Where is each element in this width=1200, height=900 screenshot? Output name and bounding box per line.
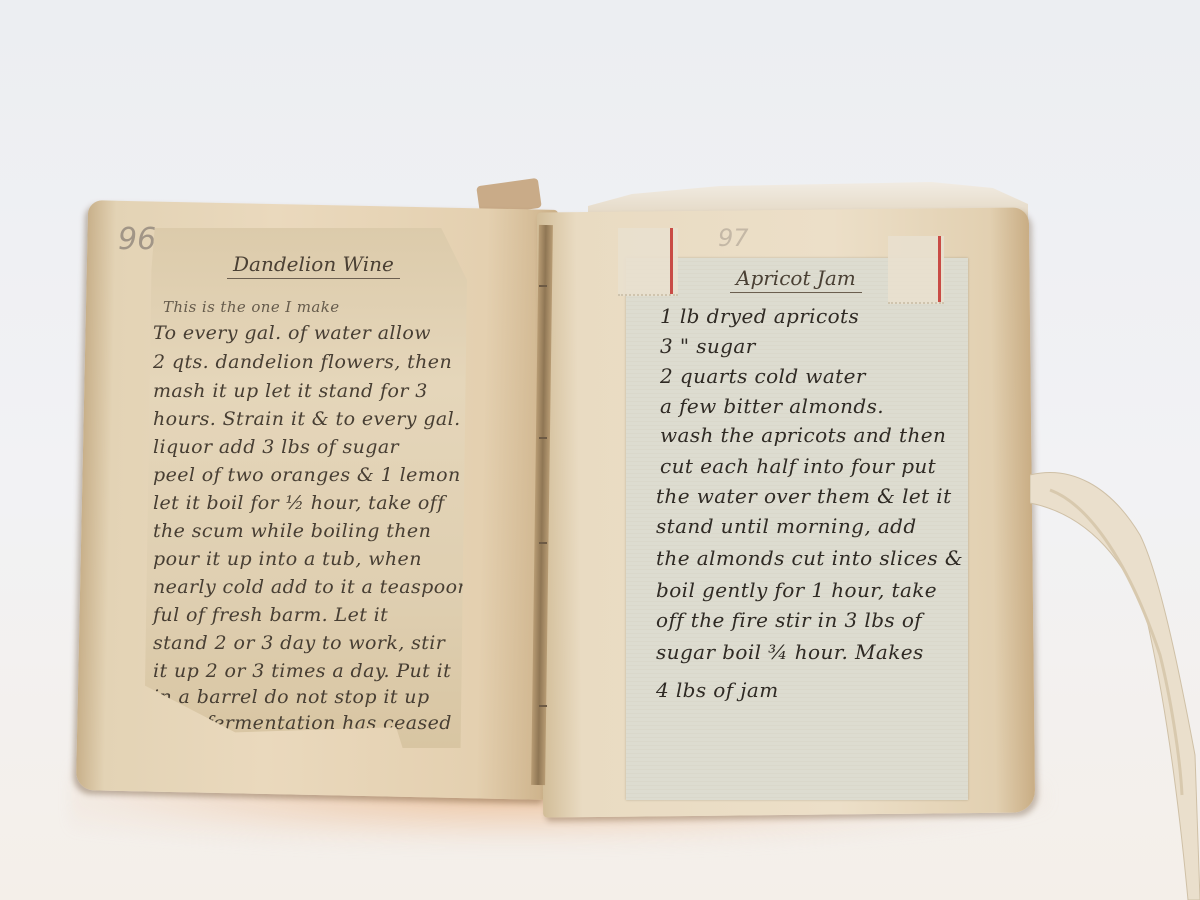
binding-stitch xyxy=(539,705,547,707)
recipe-line: sugar boil ¾ hour. Makes xyxy=(656,640,924,664)
recipe-title: Apricot Jam xyxy=(730,266,862,293)
recipe-line: 2 qts. dandelion flowers, then xyxy=(153,351,452,373)
recipe-line: the almonds cut into slices & xyxy=(656,546,963,570)
recipe-line: it up 2 or 3 times a day. Put it xyxy=(153,660,451,682)
fabric-ribbon xyxy=(1030,455,1200,900)
recipe-line: stand until morning, add xyxy=(656,514,917,538)
page-number-left: 96 xyxy=(118,222,156,257)
recipe-title: Dandelion Wine xyxy=(227,252,400,279)
adhesive-tape xyxy=(618,228,678,296)
recipe-line: peel of two oranges & 1 lemon xyxy=(153,464,461,486)
recipe-line: boil gently for 1 hour, take xyxy=(656,578,937,602)
recipe-line: hours. Strain it & to every gal. xyxy=(153,408,461,430)
recipe-line: 1 lb dryed apricots xyxy=(660,304,859,328)
recipe-line: let it boil for ½ hour, take off xyxy=(153,492,445,514)
recipe-line: ful of fresh barm. Let it xyxy=(153,604,388,626)
recipe-line: 3 " sugar xyxy=(660,334,756,358)
recipe-line: pour it up into a tub, when xyxy=(153,548,422,570)
recipe-line: off the fire stir in 3 lbs of xyxy=(656,608,922,632)
binding-stitch xyxy=(539,437,547,439)
adhesive-tape xyxy=(888,236,944,304)
recipe-notebook: 96 97 Dandelion Wine This is the one I m… xyxy=(0,0,1200,900)
recipe-line: nearly cold add to it a teaspoon- xyxy=(153,576,477,598)
recipe-line: wash the apricots and then xyxy=(660,423,946,447)
recipe-line: cut each half into four put xyxy=(660,454,936,478)
binding-stitch xyxy=(539,285,547,287)
recipe-line: To every gal. of water allow xyxy=(153,322,431,344)
recipe-line: This is the one I make xyxy=(163,298,340,316)
dandelion-wine-recipe-slip: Dandelion Wine This is the one I make To… xyxy=(145,228,467,748)
recipe-line: the water over them & let it xyxy=(656,484,952,508)
recipe-line: liquor add 3 lbs of sugar xyxy=(153,436,399,458)
apricot-jam-recipe-slip: Apricot Jam 1 lb dryed apricots 3 " suga… xyxy=(626,258,968,800)
recipe-line: a few bitter almonds. xyxy=(660,394,884,418)
page-number-right: 97 xyxy=(718,224,749,252)
recipe-line: mash it up let it stand for 3 xyxy=(153,380,428,402)
recipe-line: 2 quarts cold water xyxy=(660,364,866,388)
recipe-line: in a barrel do not stop it up xyxy=(153,686,430,708)
recipe-line: stand 2 or 3 day to work, stir xyxy=(153,632,445,654)
recipe-line: 4 lbs of jam xyxy=(656,678,779,702)
recipe-line: the scum while boiling then xyxy=(153,520,431,542)
binding-stitch xyxy=(539,542,547,544)
